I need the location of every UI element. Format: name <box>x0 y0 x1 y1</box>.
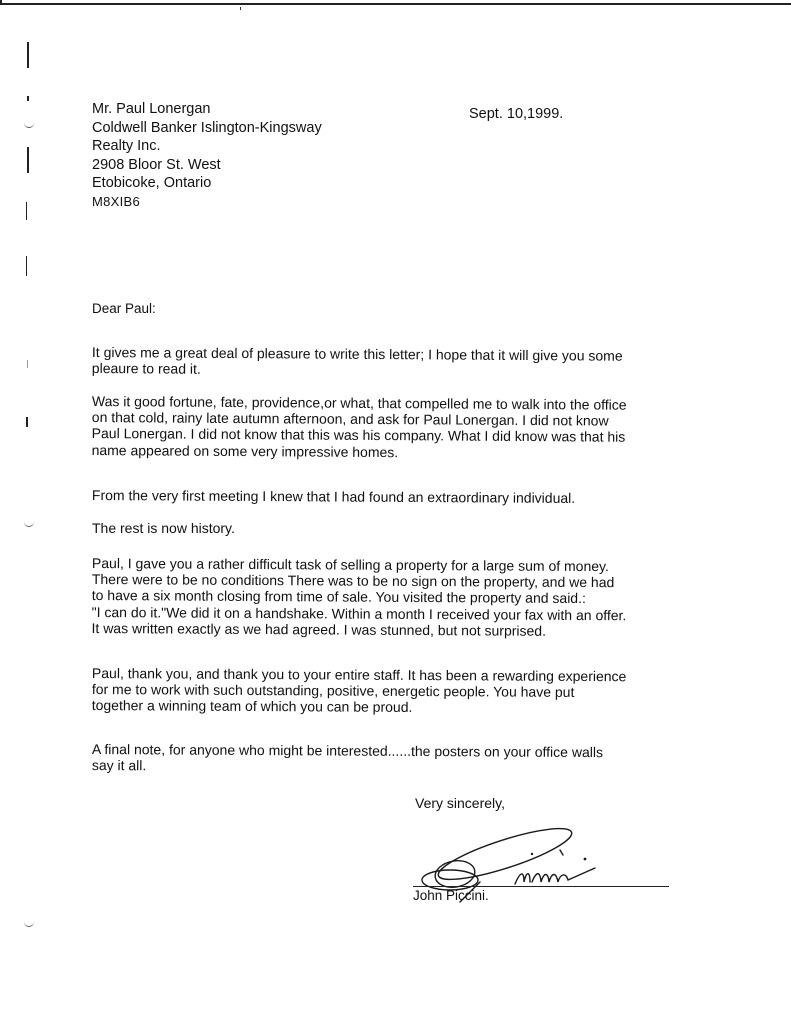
paragraph-line: The rest is now history. <box>92 520 235 536</box>
paragraph-line: It was written exactly as we had agreed.… <box>92 620 627 639</box>
margin-mark <box>26 417 28 427</box>
body-paragraph: It gives me a great deal of pleasure to … <box>92 344 623 380</box>
margin-mark <box>26 256 27 276</box>
paragraph-line: pleaure to read it. <box>92 360 623 380</box>
recipient-name: Mr. Paul Lonergan <box>92 100 322 119</box>
margin-mark <box>24 123 34 128</box>
signatory-name: John Piccini. <box>413 888 489 903</box>
body-paragraph: Paul, I gave you a rather difficult task… <box>92 555 627 639</box>
recipient-postal-code: M8XIB6 <box>92 193 322 212</box>
paragraph-line: say it all. <box>92 757 603 776</box>
margin-mark <box>27 147 29 173</box>
body-paragraph: From the very first meeting I knew that … <box>92 487 575 506</box>
signature-line <box>413 886 669 887</box>
margin-mark <box>27 42 29 68</box>
complimentary-close: Very sincerely, <box>415 795 505 811</box>
body-paragraph: The rest is now history. <box>92 520 235 536</box>
body-paragraph: A final note, for anyone who might be in… <box>92 741 603 777</box>
margin-mark <box>27 96 29 101</box>
scan-speck <box>240 7 241 10</box>
paragraph-line: A final note, for anyone who might be in… <box>92 741 603 760</box>
scan-top-border <box>0 3 791 5</box>
salutation: Dear Paul: <box>92 301 156 316</box>
body-paragraph: Was it good fortune, fate, providence,or… <box>92 393 627 462</box>
body-paragraph: Paul, thank you, and thank you to your e… <box>92 665 627 717</box>
recipient-city: Etobicoke, Ontario <box>92 174 322 193</box>
recipient-company-suffix: Realty Inc. <box>92 137 322 156</box>
paragraph-line: together a winning team of which you can… <box>92 697 627 716</box>
margin-mark <box>24 922 34 927</box>
recipient-address: Mr. Paul Lonergan Coldwell Banker Isling… <box>92 100 322 211</box>
scan-corner-mark <box>0 0 2 5</box>
letter-date: Sept. 10,1999. <box>469 106 563 122</box>
recipient-company: Coldwell Banker Islington-Kingsway <box>92 119 322 138</box>
margin-mark <box>27 360 28 368</box>
margin-mark <box>24 522 34 527</box>
recipient-street: 2908 Bloor St. West <box>92 156 322 175</box>
paragraph-line: From the very first meeting I knew that … <box>92 487 575 506</box>
margin-mark <box>26 202 27 220</box>
